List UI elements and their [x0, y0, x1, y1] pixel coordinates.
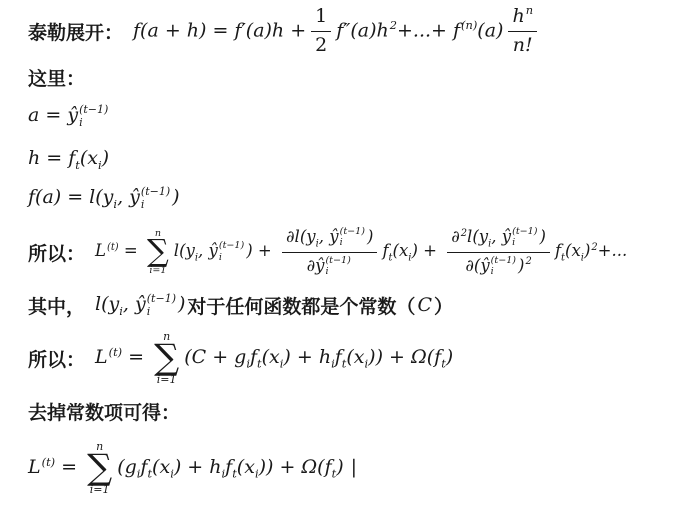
constant-note-line: 其中， l(yi, ŷ(t−1)i) 对于任何函数都是个常数（ C ）: [28, 286, 690, 324]
superscript: (t−1): [491, 256, 516, 266]
denominator: ∂(ŷ(t−1)i)2: [465, 253, 531, 277]
math-token: f(a + h) = f′(a)h +: [133, 19, 306, 41]
math-token: ): [283, 346, 290, 368]
yhat-symbol: ŷ: [209, 242, 218, 261]
math-token: ∂: [451, 227, 460, 246]
formula-line-final: L(t) = n∑i=1(gift(xi) + hift(xi)) + Ω(ft…: [28, 430, 690, 506]
subscript: i: [325, 267, 328, 277]
subscript: i: [491, 267, 494, 277]
yhat-symbol: ŷ: [502, 227, 511, 246]
superscript: (t−1): [325, 256, 350, 266]
subscript: i: [79, 117, 83, 129]
numerator: hn: [508, 6, 537, 32]
superscript: (t): [109, 345, 122, 359]
plus-operator: +: [418, 242, 442, 261]
yhat-symbol: ŷ: [129, 186, 140, 208]
math-token: (C + g: [184, 346, 246, 368]
math-token: (a): [477, 19, 503, 41]
here-label: 这里：: [28, 64, 85, 91]
among-label: 其中，: [28, 292, 85, 319]
summation: n∑i=1: [147, 229, 169, 276]
math-token: ): [540, 227, 546, 246]
formula-line-expansion: 所以： L(t) = n∑i=1l(yi, ŷ(t−1)i) + ∂l(yi, …: [28, 218, 690, 286]
math-token: f: [250, 346, 257, 368]
document-page: 泰勒展开： f(a + h) = f′(a)h +12f″(a)h2+...+ …: [0, 0, 694, 509]
superscript: (t): [107, 242, 119, 253]
math-token: (x: [565, 242, 581, 261]
constant-text: 对于任何函数都是个常数（: [187, 292, 415, 319]
math-token: L: [95, 242, 106, 261]
yhat-supsub: (t−1)i: [491, 256, 516, 277]
exponent: n: [526, 3, 533, 17]
math-token: l(y: [95, 293, 119, 315]
fraction-one-half: 12: [311, 6, 331, 57]
so-label: 所以：: [28, 239, 85, 266]
math-token: ): [102, 147, 109, 169]
superscript: (t−1): [141, 186, 170, 198]
subscript: i: [512, 238, 515, 248]
denominator: n!: [513, 32, 533, 57]
math-token: ): [584, 242, 590, 261]
yhat-supsub: (t−1)i: [141, 186, 170, 210]
formula-line-simplified: 所以： L(t) = n∑i=1(C + gift(xi) + hift(xi)…: [28, 324, 690, 392]
yhat-supsub: (t−1)i: [79, 104, 108, 128]
math-token: =: [55, 456, 83, 478]
yhat-symbol: ŷ: [135, 293, 146, 315]
exponent: 2: [525, 256, 531, 267]
math-token: f: [335, 346, 342, 368]
sigma-icon: ∑: [154, 342, 179, 374]
sum-lower-limit: i=1: [157, 374, 177, 385]
denominator: ∂ŷ(t−1)i: [307, 253, 353, 277]
numerator: ∂l(yi, ŷ(t−1)i): [282, 227, 377, 252]
summation: n∑i=1: [87, 441, 112, 495]
math-token: ∂(ŷ: [465, 256, 489, 275]
superscript: (t): [42, 455, 55, 469]
math-token: L: [28, 456, 41, 478]
sigma-icon: ∑: [147, 238, 169, 265]
math-token: ): [259, 456, 266, 478]
math-token: ): [172, 186, 179, 208]
math-token: (x: [152, 456, 170, 478]
math-token: +...: [598, 242, 628, 261]
math-token: ): [336, 456, 343, 478]
subscript: i: [219, 253, 222, 263]
formula-line-a-def: a = ŷ(t−1)i: [28, 94, 690, 138]
math-token: ) + Ω(f: [266, 456, 332, 478]
math-token: L: [95, 346, 108, 368]
math-token: ,: [117, 186, 129, 208]
math-token: (x: [262, 346, 280, 368]
math-token: ): [367, 227, 373, 246]
subscript: i: [340, 238, 343, 248]
math-token: h: [512, 5, 524, 27]
math-token: a =: [28, 104, 67, 126]
first-derivative-fraction: ∂l(yi, ŷ(t−1)i)∂ŷ(t−1)i: [282, 227, 377, 276]
math-token: ,: [319, 227, 330, 246]
expansion-formula: L(t) = n∑i=1l(yi, ŷ(t−1)i) + ∂l(yi, ŷ(t−…: [95, 227, 627, 276]
math-token: (x: [80, 147, 98, 169]
taylor-formula: f(a + h) = f′(a)h +12f″(a)h2+...+ f(n)(a…: [133, 6, 542, 57]
taylor-label: 泰勒展开：: [28, 18, 123, 45]
constant-C: C: [417, 294, 432, 317]
math-token: =: [119, 242, 143, 261]
final-formula: L(t) = n∑i=1(gift(xi) + hift(xi)) + Ω(ft…: [28, 441, 357, 495]
plus-operator: +: [253, 242, 277, 261]
math-token: ∂l(y: [286, 227, 316, 246]
yhat-supsub: (t−1)i: [147, 293, 176, 317]
denominator: 2: [315, 32, 327, 57]
yhat-supsub: (t−1)i: [325, 256, 350, 277]
formula-line-h-def: h = ft(xi): [28, 138, 690, 178]
math-token: f(a) = l(y: [28, 186, 113, 208]
math-token: ): [368, 346, 375, 368]
math-token: =: [122, 346, 150, 368]
math-token: h = f: [28, 147, 75, 169]
subscript: i: [147, 306, 151, 318]
superscript: (t−1): [512, 227, 537, 237]
superscript: (t−1): [79, 104, 108, 116]
so-label: 所以：: [28, 345, 85, 372]
second-derivative-fraction: ∂2l(yi, ŷ(t−1)i)∂(ŷ(t−1)i)2: [447, 227, 550, 276]
exponent: (n): [461, 18, 477, 32]
remove-const-label: 去掉常数项可得：: [28, 398, 180, 425]
yhat-supsub: (t−1)i: [512, 227, 537, 248]
yhat-supsub: (t−1)i: [340, 227, 365, 248]
math-token: ,: [491, 227, 502, 246]
math-token: + h: [291, 346, 331, 368]
math-token: ,: [198, 242, 209, 261]
fraction-hn-nfactorial: hnn!: [508, 6, 537, 57]
numerator: 1: [311, 6, 331, 32]
math-token: (x: [393, 242, 409, 261]
simplified-formula: L(t) = n∑i=1(C + gift(xi) + hift(xi)) + …: [95, 331, 453, 385]
exponent: 2: [390, 18, 397, 32]
math-token: ,: [123, 293, 135, 315]
superscript: (t−1): [340, 227, 365, 237]
math-token: +...+ f: [397, 19, 460, 41]
math-token: l(y: [467, 227, 488, 246]
superscript: (t−1): [147, 293, 176, 305]
math-token: (x: [237, 456, 255, 478]
yhat-symbol: ŷ: [329, 227, 338, 246]
yhat-symbol: ŷ: [67, 104, 78, 126]
subscript: i: [141, 199, 145, 211]
remove-constant-line: 去掉常数项可得：: [28, 392, 690, 430]
formula-line-taylor: 泰勒展开： f(a + h) = f′(a)h +12f″(a)h2+...+ …: [28, 2, 690, 60]
sum-lower-limit: i=1: [90, 484, 110, 495]
a-def-formula: a = ŷ(t−1)i: [28, 104, 110, 128]
summation: n∑i=1: [154, 331, 179, 385]
math-token: f″(a)h: [336, 19, 389, 41]
constant-text-close: ）: [434, 292, 453, 319]
math-token: (x: [346, 346, 364, 368]
sigma-icon: ∑: [87, 452, 112, 484]
formula-line-fa-def: f(a) = l(yi, ŷ(t−1)i): [28, 178, 690, 218]
h-def-formula: h = ft(xi): [28, 147, 109, 170]
math-token: ) + Ω(f: [376, 346, 442, 368]
math-token: ): [446, 346, 453, 368]
sum-lower-limit: i=1: [149, 266, 166, 276]
math-token: (g: [117, 456, 137, 478]
numerator: ∂2l(yi, ŷ(t−1)i): [447, 227, 550, 252]
math-token: ): [518, 256, 524, 275]
math-token: + h: [181, 456, 221, 478]
fa-def-formula: f(a) = l(yi, ŷ(t−1)i): [28, 186, 180, 210]
math-token: ∂ŷ: [307, 256, 325, 275]
text-cursor: |: [351, 456, 357, 478]
superscript: (t−1): [219, 241, 244, 251]
here-line: 这里：: [28, 60, 690, 94]
math-token: ): [178, 293, 185, 315]
math-token: l(y: [174, 242, 195, 261]
yhat-supsub: (t−1)i: [219, 241, 244, 262]
constant-formula: l(yi, ŷ(t−1)i): [95, 293, 185, 317]
